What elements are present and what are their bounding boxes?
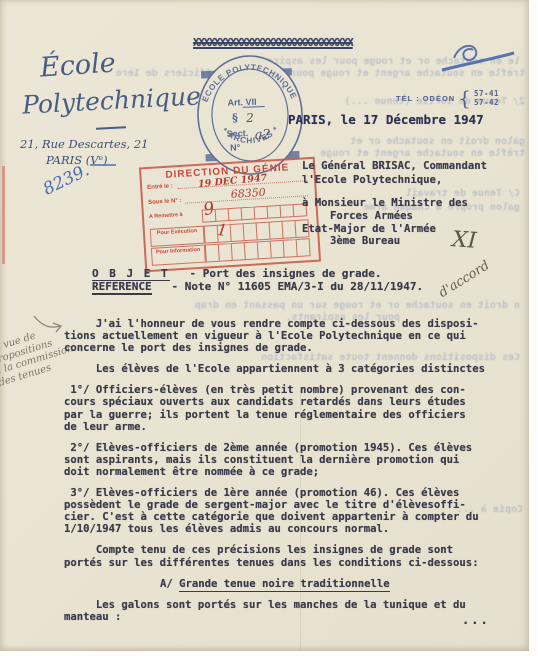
- objet-label: O B J E T: [92, 267, 170, 281]
- bleedthrough-line: galon droit en soutache or et: [300, 136, 525, 147]
- letterhead-address: 21, Rue Descartes, 21: [20, 137, 148, 151]
- handwritten-initials: XI: [451, 227, 477, 254]
- body-line: cier. C'est à cette catégorie que doiven…: [64, 511, 485, 523]
- brace-glyph: {: [458, 88, 471, 108]
- body-line: Compte tenu de ces précisions les insign…: [64, 544, 485, 556]
- direction-genie-stamp: DIRECTION DU GÉNIE Entré le : 19 DEC 194…: [139, 157, 321, 273]
- body-line: 3°/ Elèves-officiers de 1ère année (prom…: [64, 487, 485, 499]
- section-a-title: Grande tenue noire traditionnelle: [179, 578, 389, 592]
- stamp-paragraph-value: 2: [245, 111, 254, 125]
- recipient-line-4: 3ème Bureau: [302, 235, 468, 248]
- genie-exec-label: Pour Exécution: [150, 226, 205, 247]
- handwritten-paraph-icon: [438, 34, 522, 78]
- body-line: tions actuellement en vigueur à l'Ecole …: [64, 330, 485, 342]
- body-line: Les galons sont portés sur les manches d…: [64, 599, 485, 611]
- recipient-line-1: à Monsieur le Ministre des: [302, 197, 468, 210]
- stamp-num-label: N°: [230, 142, 241, 152]
- paragraph-conclusion: Compte tenu de ces précisions les insign…: [64, 544, 485, 568]
- letter-body: J'ai l'honneur de vous rendre compte ci-…: [64, 318, 485, 632]
- body-line: doit normalement être nommée à ce grade;: [64, 466, 485, 478]
- recipient-line-2: Forces Armées: [302, 210, 468, 223]
- letterhead-school-name-1: École: [39, 47, 117, 83]
- body-line: 1°/ Officiers-élèves (en très petit nomb…: [64, 384, 485, 396]
- genie-remettre-label: A Remettre à: [149, 212, 183, 220]
- handwritten-dash: [90, 164, 116, 166]
- sender-line-1: Le Général BRISAC, Commandant: [302, 160, 487, 174]
- telephone-block: TÉL : ODÉON { 57-41 57-42: [396, 88, 499, 108]
- red-stamp-edge-mark: [2, 166, 5, 264]
- body-line: portés sur les différentes tenues dans l…: [64, 557, 485, 569]
- stamp-sect-label: Sect.: [226, 128, 248, 139]
- sender-line-2: l'Ecole Polytechnique,: [302, 174, 487, 188]
- genie-entre-label: Entré le :: [147, 183, 173, 191]
- body-line: sont aspirants, mais ils constituent la …: [64, 454, 485, 466]
- section-a-heading: A/ Grande tenue noire traditionnelle: [160, 578, 485, 590]
- telephone-number-2: 57-42: [474, 98, 499, 107]
- reference-text: Note N° 11605 EMA/3-I du 28/11/1947.: [185, 280, 423, 293]
- body-line: Les élèves de l'Ecole appartiennent à 3 …: [64, 363, 485, 375]
- body-line: 1/10/1947 tous les élèves admis au conco…: [64, 523, 485, 535]
- genie-sous-number: 68350: [230, 186, 266, 201]
- reference-label: REFERENCE: [92, 280, 152, 295]
- continuation-dots: ...: [462, 613, 490, 627]
- body-line: 2°/ Elèves-officiers de 2ème année (prom…: [64, 442, 485, 454]
- reference-line: REFERENCE - Note N° 11605 EMA/3-I du 28/…: [92, 280, 423, 293]
- stamp-sect-value: a2: [254, 127, 271, 143]
- bleedthrough-line: n droit en soutache or et rouge sur un p…: [120, 300, 520, 311]
- crossed-out-header: XXXXXXXXXXXXXXXXXXXXXXXXXXXXXX: [193, 37, 353, 49]
- paragraph-intro: J'ai l'honneur de vous rendre compte ci-…: [64, 318, 485, 354]
- recipient-line-3: Etat-Major de l'Armée: [302, 223, 468, 236]
- body-line: cours spéciaux ouverts aux candidats ret…: [64, 396, 485, 408]
- body-line: de leur arme.: [64, 421, 485, 433]
- section-a-prefix: A/: [160, 578, 179, 590]
- body-line: J'ai l'honneur de vous rendre compte ci-…: [64, 318, 485, 330]
- body-line: par la guerre; ils portent la tenue régl…: [64, 409, 485, 421]
- paragraph-category-3: 3°/ Elèves-officiers de 1ère année (prom…: [64, 487, 485, 535]
- paragraph-galons: Les galons sont portés sur les manches d…: [64, 599, 485, 623]
- genie-hand-mark-2: 1: [216, 220, 228, 240]
- dateline: PARIS, le 17 Décembre 1947: [288, 112, 484, 127]
- body-line: concerne le port des insignes de grade.: [64, 342, 485, 354]
- body-line: manteau :: [64, 611, 485, 623]
- genie-info-label: Pour Information: [151, 245, 206, 266]
- objet-line: O B J E T - Port des insignes de grade.: [92, 267, 382, 280]
- paragraph-categories: Les élèves de l'Ecole appartiennent à 3 …: [64, 363, 485, 375]
- objet-text: Port des insignes de grade.: [203, 267, 382, 280]
- telephone-number-1: 57-41: [474, 89, 499, 98]
- paragraph-category-1: 1°/ Officiers-élèves (en très petit nomb…: [64, 384, 485, 432]
- body-line: possèdent le grade de sergent-major avec…: [64, 499, 485, 511]
- paragraph-category-2: 2°/ Elèves-officiers de 2ème année (prom…: [64, 442, 485, 478]
- bleedthrough-line: trèfle en soutache argent et rouge: [296, 148, 525, 159]
- stamp-art-field: Art. VII: [227, 97, 256, 108]
- document-scan: le en soutache or et rouge pour les aspi…: [0, 0, 538, 656]
- telephone-label: TÉL : ODÉON: [396, 94, 455, 103]
- stamp-paragraph-symbol: §: [232, 111, 238, 124]
- sender-block: Le Général BRISAC, Commandant l'Ecole Po…: [302, 160, 487, 187]
- recipient-block: à Monsieur le Ministre des Forces Armées…: [302, 197, 468, 248]
- genie-sous-label: Sous le N° :: [148, 198, 182, 206]
